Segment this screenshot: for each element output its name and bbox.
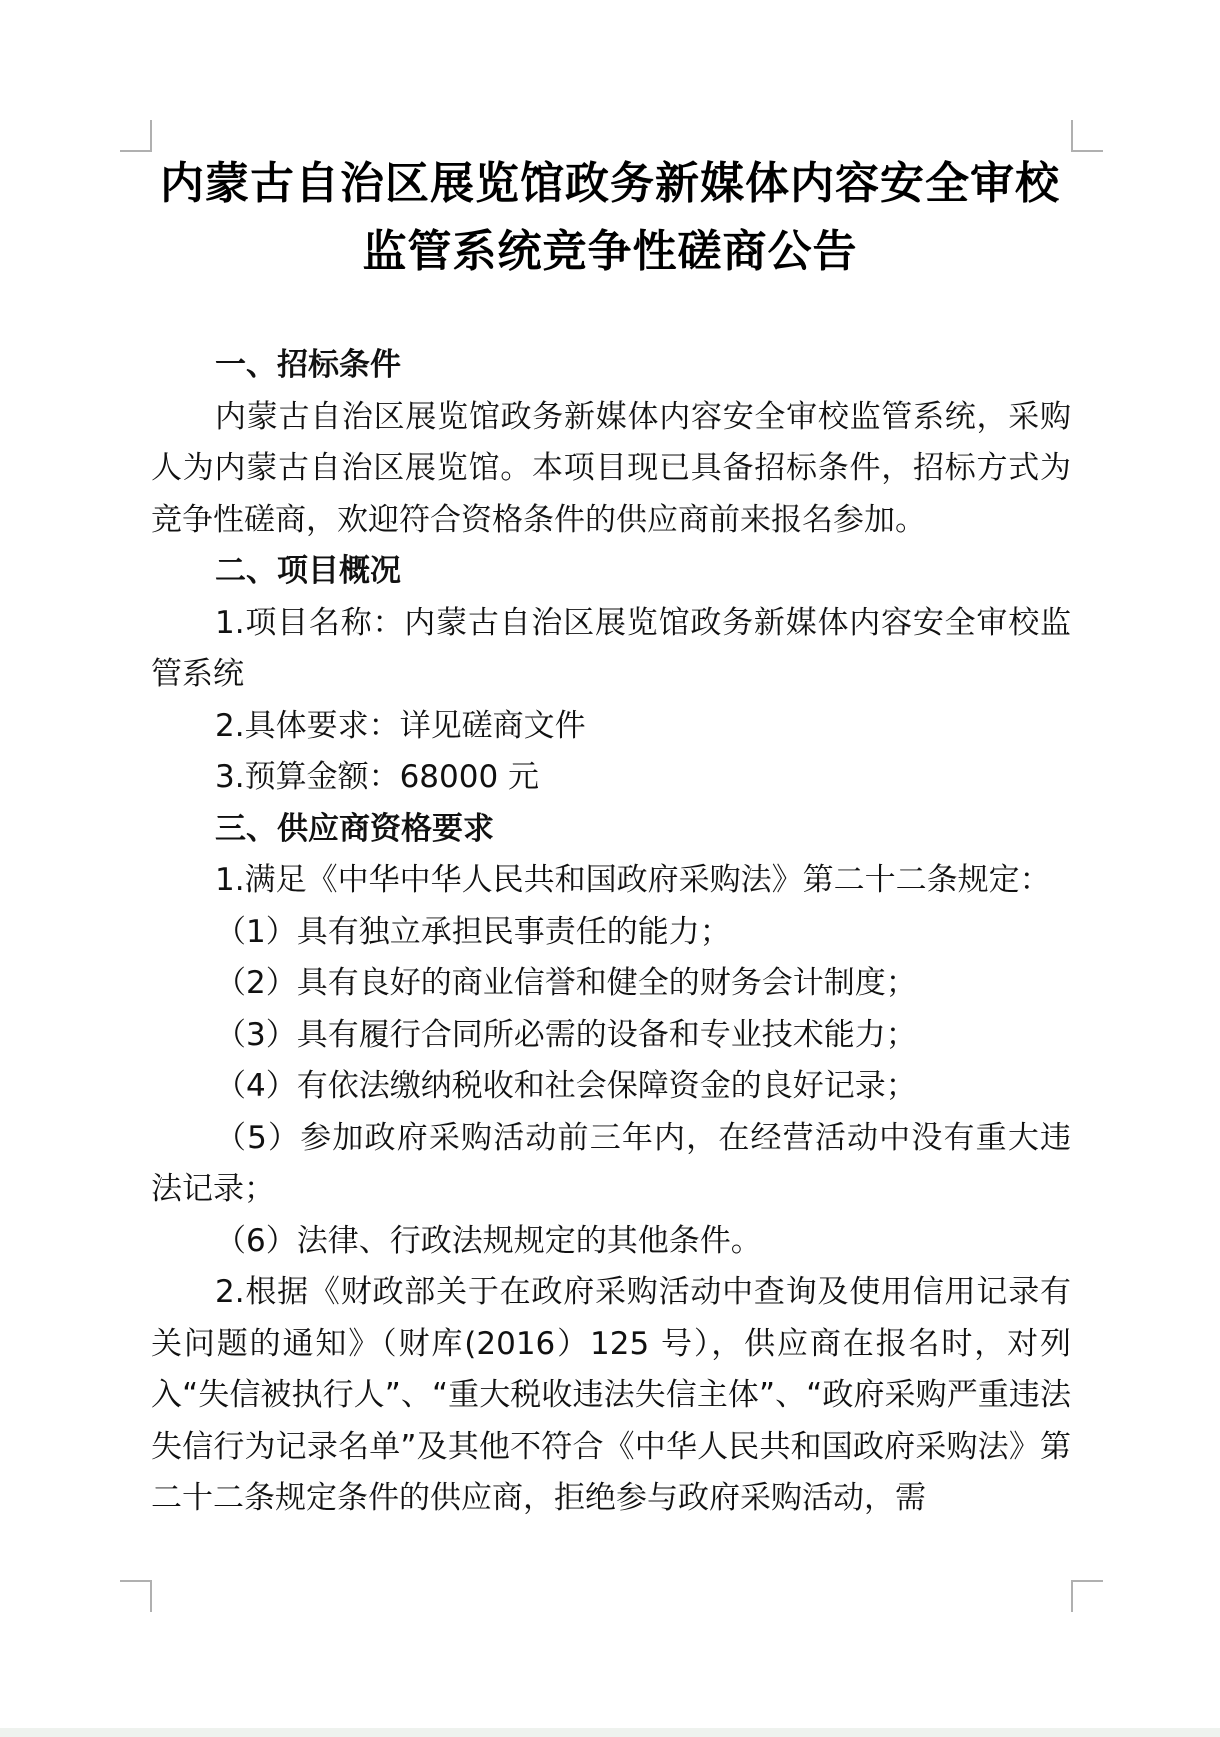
- paragraph-qualification-item-4: （4）有依法缴纳税收和社会保障资金的良好记录；: [151, 1061, 1071, 1113]
- paragraph-qualification-item-2: （2）具有良好的商业信誉和健全的财务会计制度；: [151, 958, 1071, 1010]
- title-line-1: 内蒙古自治区展览馆政务新媒体内容安全审校: [140, 150, 1080, 218]
- page-corner-mark-bottom-right: [1071, 1580, 1103, 1612]
- document-page: 内蒙古自治区展览馆政务新媒体内容安全审校 监管系统竞争性磋商公告 一、招标条件 …: [0, 0, 1220, 1728]
- page-corner-mark-top-right: [1071, 120, 1103, 152]
- paragraph-qualification-item-3: （3）具有履行合同所必需的设备和专业技术能力；: [151, 1010, 1071, 1062]
- paragraph-qualification-2: 2.根据《财政部关于在政府采购活动中查询及使用信用记录有关问题的通知》（财库(2…: [151, 1267, 1071, 1525]
- paragraph-project-name: 1.项目名称：内蒙古自治区展览馆政务新媒体内容安全审校监管系统: [151, 598, 1071, 701]
- section-heading-bidding-conditions: 一、招标条件: [151, 340, 1071, 392]
- document-title: 内蒙古自治区展览馆政务新媒体内容安全审校 监管系统竞争性磋商公告: [140, 150, 1080, 286]
- paragraph-budget-amount: 3.预算金额：68000 元: [151, 752, 1071, 804]
- paragraph-bidding-conditions: 内蒙古自治区展览馆政务新媒体内容安全审校监管系统，采购人为内蒙古自治区展览馆。本…: [151, 392, 1071, 547]
- section-heading-project-overview: 二、项目概况: [151, 546, 1071, 598]
- page-corner-mark-top-left: [120, 120, 152, 152]
- paragraph-qualification-item-6: （6）法律、行政法规规定的其他条件。: [151, 1216, 1071, 1268]
- viewer-bottom-bar: [0, 1728, 1220, 1737]
- section-heading-supplier-qualifications: 三、供应商资格要求: [151, 804, 1071, 856]
- page-corner-mark-bottom-left: [120, 1580, 152, 1612]
- title-line-2: 监管系统竞争性磋商公告: [140, 218, 1080, 286]
- paragraph-qualification-1: 1.满足《中华中华人民共和国政府采购法》第二十二条规定：: [151, 855, 1071, 907]
- paragraph-qualification-item-5: （5）参加政府采购活动前三年内，在经营活动中没有重大违法记录；: [151, 1113, 1071, 1216]
- paragraph-qualification-item-1: （1）具有独立承担民事责任的能力；: [151, 907, 1071, 959]
- document-body: 一、招标条件 内蒙古自治区展览馆政务新媒体内容安全审校监管系统，采购人为内蒙古自…: [151, 340, 1071, 1525]
- paragraph-specific-requirements: 2.具体要求：详见磋商文件: [151, 701, 1071, 753]
